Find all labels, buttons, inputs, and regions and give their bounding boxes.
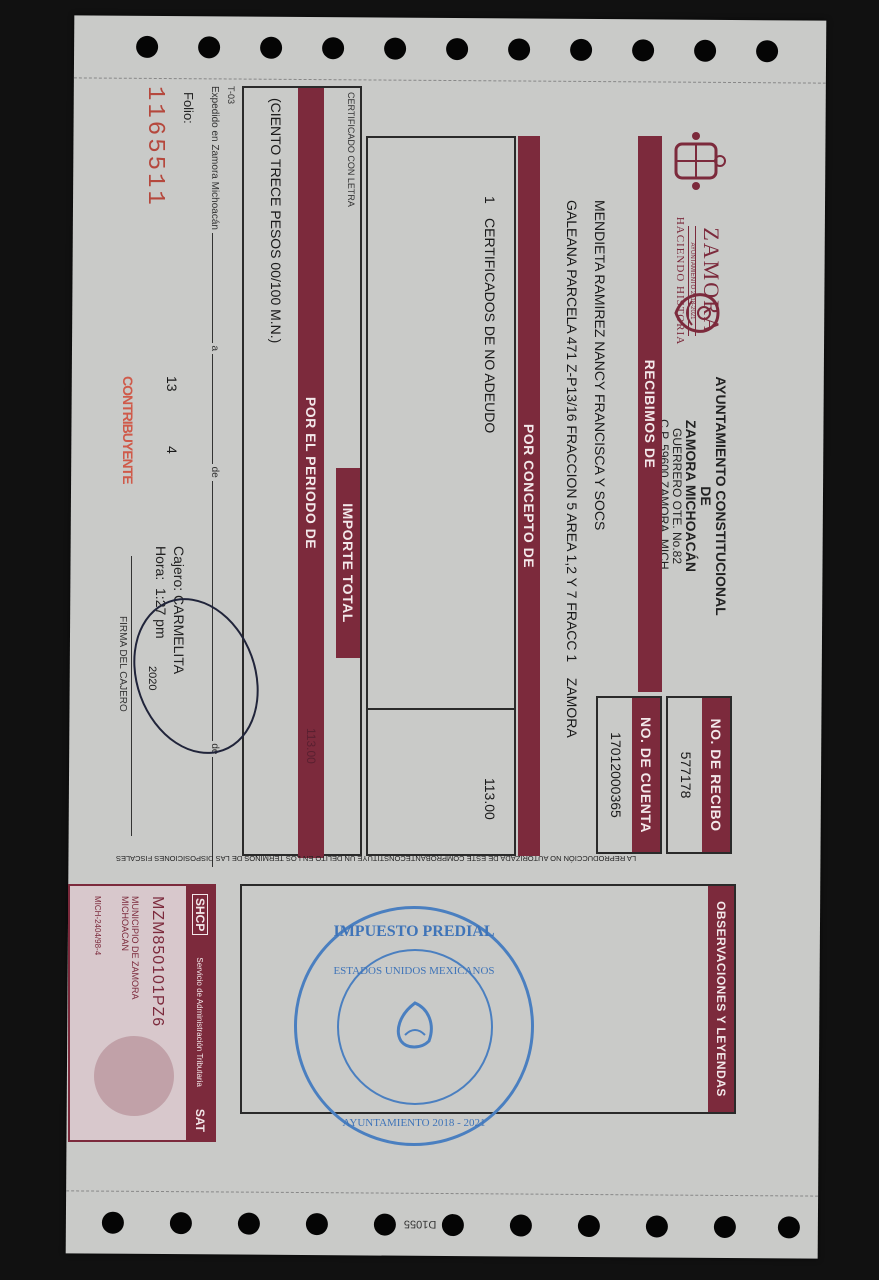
issuer-name-line1: AYUNTAMIENTO CONSTITUCIONAL DE: [698, 376, 728, 616]
sat-badge: SHCP Servicio de Administración Tributar…: [68, 884, 216, 1142]
concept-quantity: 1: [482, 196, 498, 204]
concept-label: POR CONCEPTO DE: [518, 136, 540, 856]
column-divider: [368, 708, 514, 710]
issued-label: Expedido en Zamora Michoacán: [209, 86, 220, 230]
observations-box: OBSERVACIONES Y LEYENDAS IMPUESTO PREDIA…: [240, 884, 736, 1114]
perforation-hole: [136, 36, 158, 58]
perforation-hole: [646, 1215, 668, 1237]
receipt-content: ZAMORA AYUNTAMIENTO 2018-2021 HACIENDO H…: [16, 76, 736, 1176]
perforation-hole: [442, 1214, 464, 1236]
sat-rfc: MZM850101PZ6: [148, 896, 166, 1027]
perforation-hole: [510, 1214, 532, 1236]
concept-description: CERTIFICADOS DE NO ADEUDO: [482, 218, 498, 433]
perforation-hole: [374, 1214, 396, 1236]
perforation-hole: [694, 40, 716, 62]
receipt-number-box: NO. DE RECIBO 577178: [666, 696, 732, 854]
perforation-hole: [238, 1213, 260, 1235]
perforation-hole: [384, 38, 406, 60]
amount-in-words: (CIENTO TRECE PESOS 00/100 M.N.): [268, 98, 284, 343]
stamp-top-text: IMPUESTO PREDIAL: [297, 923, 531, 941]
perforation-hole: [756, 40, 778, 62]
copy-type-label: CONTRIBUYENTE: [120, 376, 136, 484]
stamp-inner-text: ESTADOS UNIDOS MEXICANOS: [297, 965, 531, 977]
total-label: IMPORTE TOTAL: [336, 468, 360, 658]
perforation-hole: [778, 1216, 800, 1238]
payer-city: ZAMORA: [564, 678, 580, 738]
issuer-name-line2: ZAMORA MICHOACÁN: [683, 376, 698, 616]
perforation-hole: [170, 1212, 192, 1234]
time-label: Hora:: [153, 546, 169, 580]
total-amount: 113.00: [304, 728, 318, 764]
concept-amount: 113.00: [482, 778, 498, 820]
sat-logo: SAT: [193, 1109, 207, 1132]
concept-table: 1 CERTIFICADOS DE NO ADEUDO 113.00: [366, 136, 516, 856]
receipt-number: 577178: [678, 698, 702, 852]
signature-label: FIRMA DEL CAJERO: [117, 616, 128, 712]
issued-month: 4: [164, 446, 180, 454]
coat-of-arms-icon: [666, 126, 726, 196]
account-number-label: NO. DE CUENTA: [632, 698, 660, 852]
perforation-hole: [632, 39, 654, 61]
perforation-hole: [508, 38, 530, 60]
sat-seal-icon: [94, 1036, 174, 1116]
legal-notice: LA REPRODUCCIÓN NO AUTORIZADA DE ESTE CO…: [16, 850, 736, 866]
payer-section: MENDIETA RAMIREZ NANCY FRANCISCA Y SOCS …: [540, 136, 634, 856]
sat-code: MICH-2404/98-4: [93, 896, 102, 955]
shcp-logo: SHCP: [192, 894, 208, 935]
cashier-label: Cajero:: [171, 546, 187, 591]
perforation-hole: [578, 1215, 600, 1237]
folio-number: 1165511: [141, 86, 168, 208]
perforation-hole: [198, 36, 220, 58]
issued-a-label: a: [209, 346, 220, 352]
payer-name: MENDIETA RAMIREZ NANCY FRANCISCA Y SOCS: [586, 200, 614, 856]
sat-agency: Servicio de Administración Tributaria: [196, 957, 205, 1086]
perforation-hole: [260, 37, 282, 59]
issuer-address: GUERRERO OTE. No.82: [670, 376, 683, 616]
folio-label: Folio:: [181, 92, 196, 124]
receipt-number-label: NO. DE RECIBO: [702, 698, 730, 852]
form-code: T-03: [226, 86, 236, 104]
tractor-strip-top: [74, 15, 826, 83]
perforation-hole: [322, 37, 344, 59]
perforation-hole: [714, 1216, 736, 1238]
mexican-eagle-icon: [385, 995, 445, 1055]
perforation-hole: [570, 39, 592, 61]
signature-line: [131, 556, 132, 836]
serial-number: D1055: [404, 1218, 437, 1230]
tractor-strip-bottom: D1055: [66, 1190, 818, 1258]
impuesto-predial-stamp: IMPUESTO PREDIAL ESTADOS UNIDOS MEXICANO…: [294, 906, 534, 1146]
perforation-hole: [306, 1213, 328, 1235]
totals-section: CERTIFICADO CON LETRA IMPORTE TOTAL POR …: [242, 86, 362, 856]
stamp-bottom-text: AYUNTAMIENTO 2018 - 2021: [297, 1117, 531, 1129]
sat-holder: MUNICIPIO DE ZAMORA MICHOACAN: [120, 896, 140, 1036]
amount-words-label: CERTIFICADO CON LETRA: [346, 92, 356, 207]
sat-badge-header: SHCP Servicio de Administración Tributar…: [186, 886, 214, 1140]
perforation-hole: [102, 1212, 124, 1234]
zamora-emblem-icon: [674, 291, 722, 335]
issued-de-label: de: [209, 467, 220, 478]
payer-address: GALEANA PARCELA 471 Z-P13/16 FRACCION 5 …: [564, 200, 580, 662]
perforation-hole: [446, 38, 468, 60]
issued-day: 13: [164, 376, 180, 392]
observations-label: OBSERVACIONES Y LEYENDAS: [708, 886, 734, 1112]
received-from-label: RECIBIMOS DE: [638, 136, 662, 692]
